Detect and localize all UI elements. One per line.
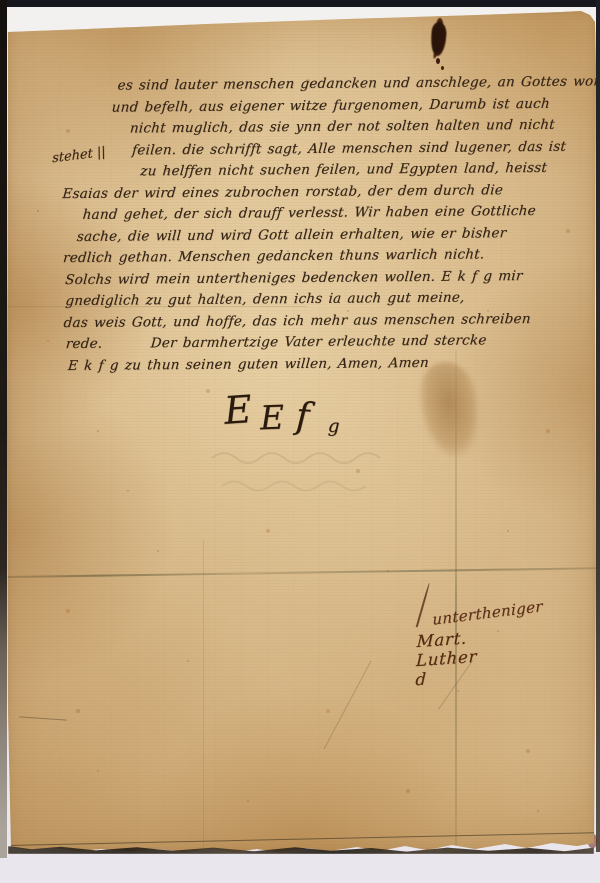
monogram-letter: f — [295, 396, 310, 438]
signature-name: Mart. Luther d — [415, 628, 478, 690]
scanner-left-edge — [0, 0, 7, 858]
manuscript-line: Esaias der wird eines zubrochen rorstab,… — [62, 182, 504, 202]
manuscript-line: sache, die will und wird Gott allein erh… — [76, 225, 507, 245]
manuscript-line: E k f g zu thun seinen guten willen, Ame… — [67, 355, 429, 374]
scanner-top-edge — [0, 0, 600, 7]
manuscript-line: nicht muglich, das sie ynn der not solte… — [129, 117, 555, 137]
scanned-manuscript-page: es sind lauter menschen gedancken und an… — [0, 0, 600, 883]
scanner-right-edge — [596, 0, 600, 852]
fold-crease-vertical — [203, 540, 204, 848]
monogram-letter: E — [259, 398, 284, 438]
manuscript-text-block: es sind lauter menschen gedancken und an… — [5, 7, 599, 432]
manuscript-line: das weis Gott, und hoffe, das ich mehr a… — [63, 311, 531, 331]
monogram-letter: E — [222, 387, 253, 433]
monogram-letter: g — [328, 416, 340, 437]
manuscript-line: gnediglich zu gut halten, denn ichs ia a… — [65, 290, 465, 309]
manuscript-line: feilen. die schrifft sagt, Alle menschen… — [131, 139, 566, 159]
manuscript-line: es sind lauter menschen gedancken und an… — [117, 73, 600, 93]
manuscript-line: Solchs wird mein untertheniges bedencken… — [65, 268, 524, 288]
manuscript-line: rede. Der barmhertzige Vater erleuchte u… — [65, 332, 487, 352]
manuscript-line: redlich gethan. Menschen gedancken thuns… — [62, 246, 485, 266]
manuscript-line: zu helffen nicht suchen feilen, und Egyp… — [140, 160, 548, 180]
bleed-through-ghost-writing — [207, 438, 437, 508]
paper-sheet: es sind lauter menschen gedancken und an… — [7, 10, 597, 852]
manuscript-line: und befelh, aus eigener witze furgenomen… — [111, 96, 550, 116]
manuscript-line: hand gehet, der sich drauff verlesst. Wi… — [82, 203, 536, 223]
